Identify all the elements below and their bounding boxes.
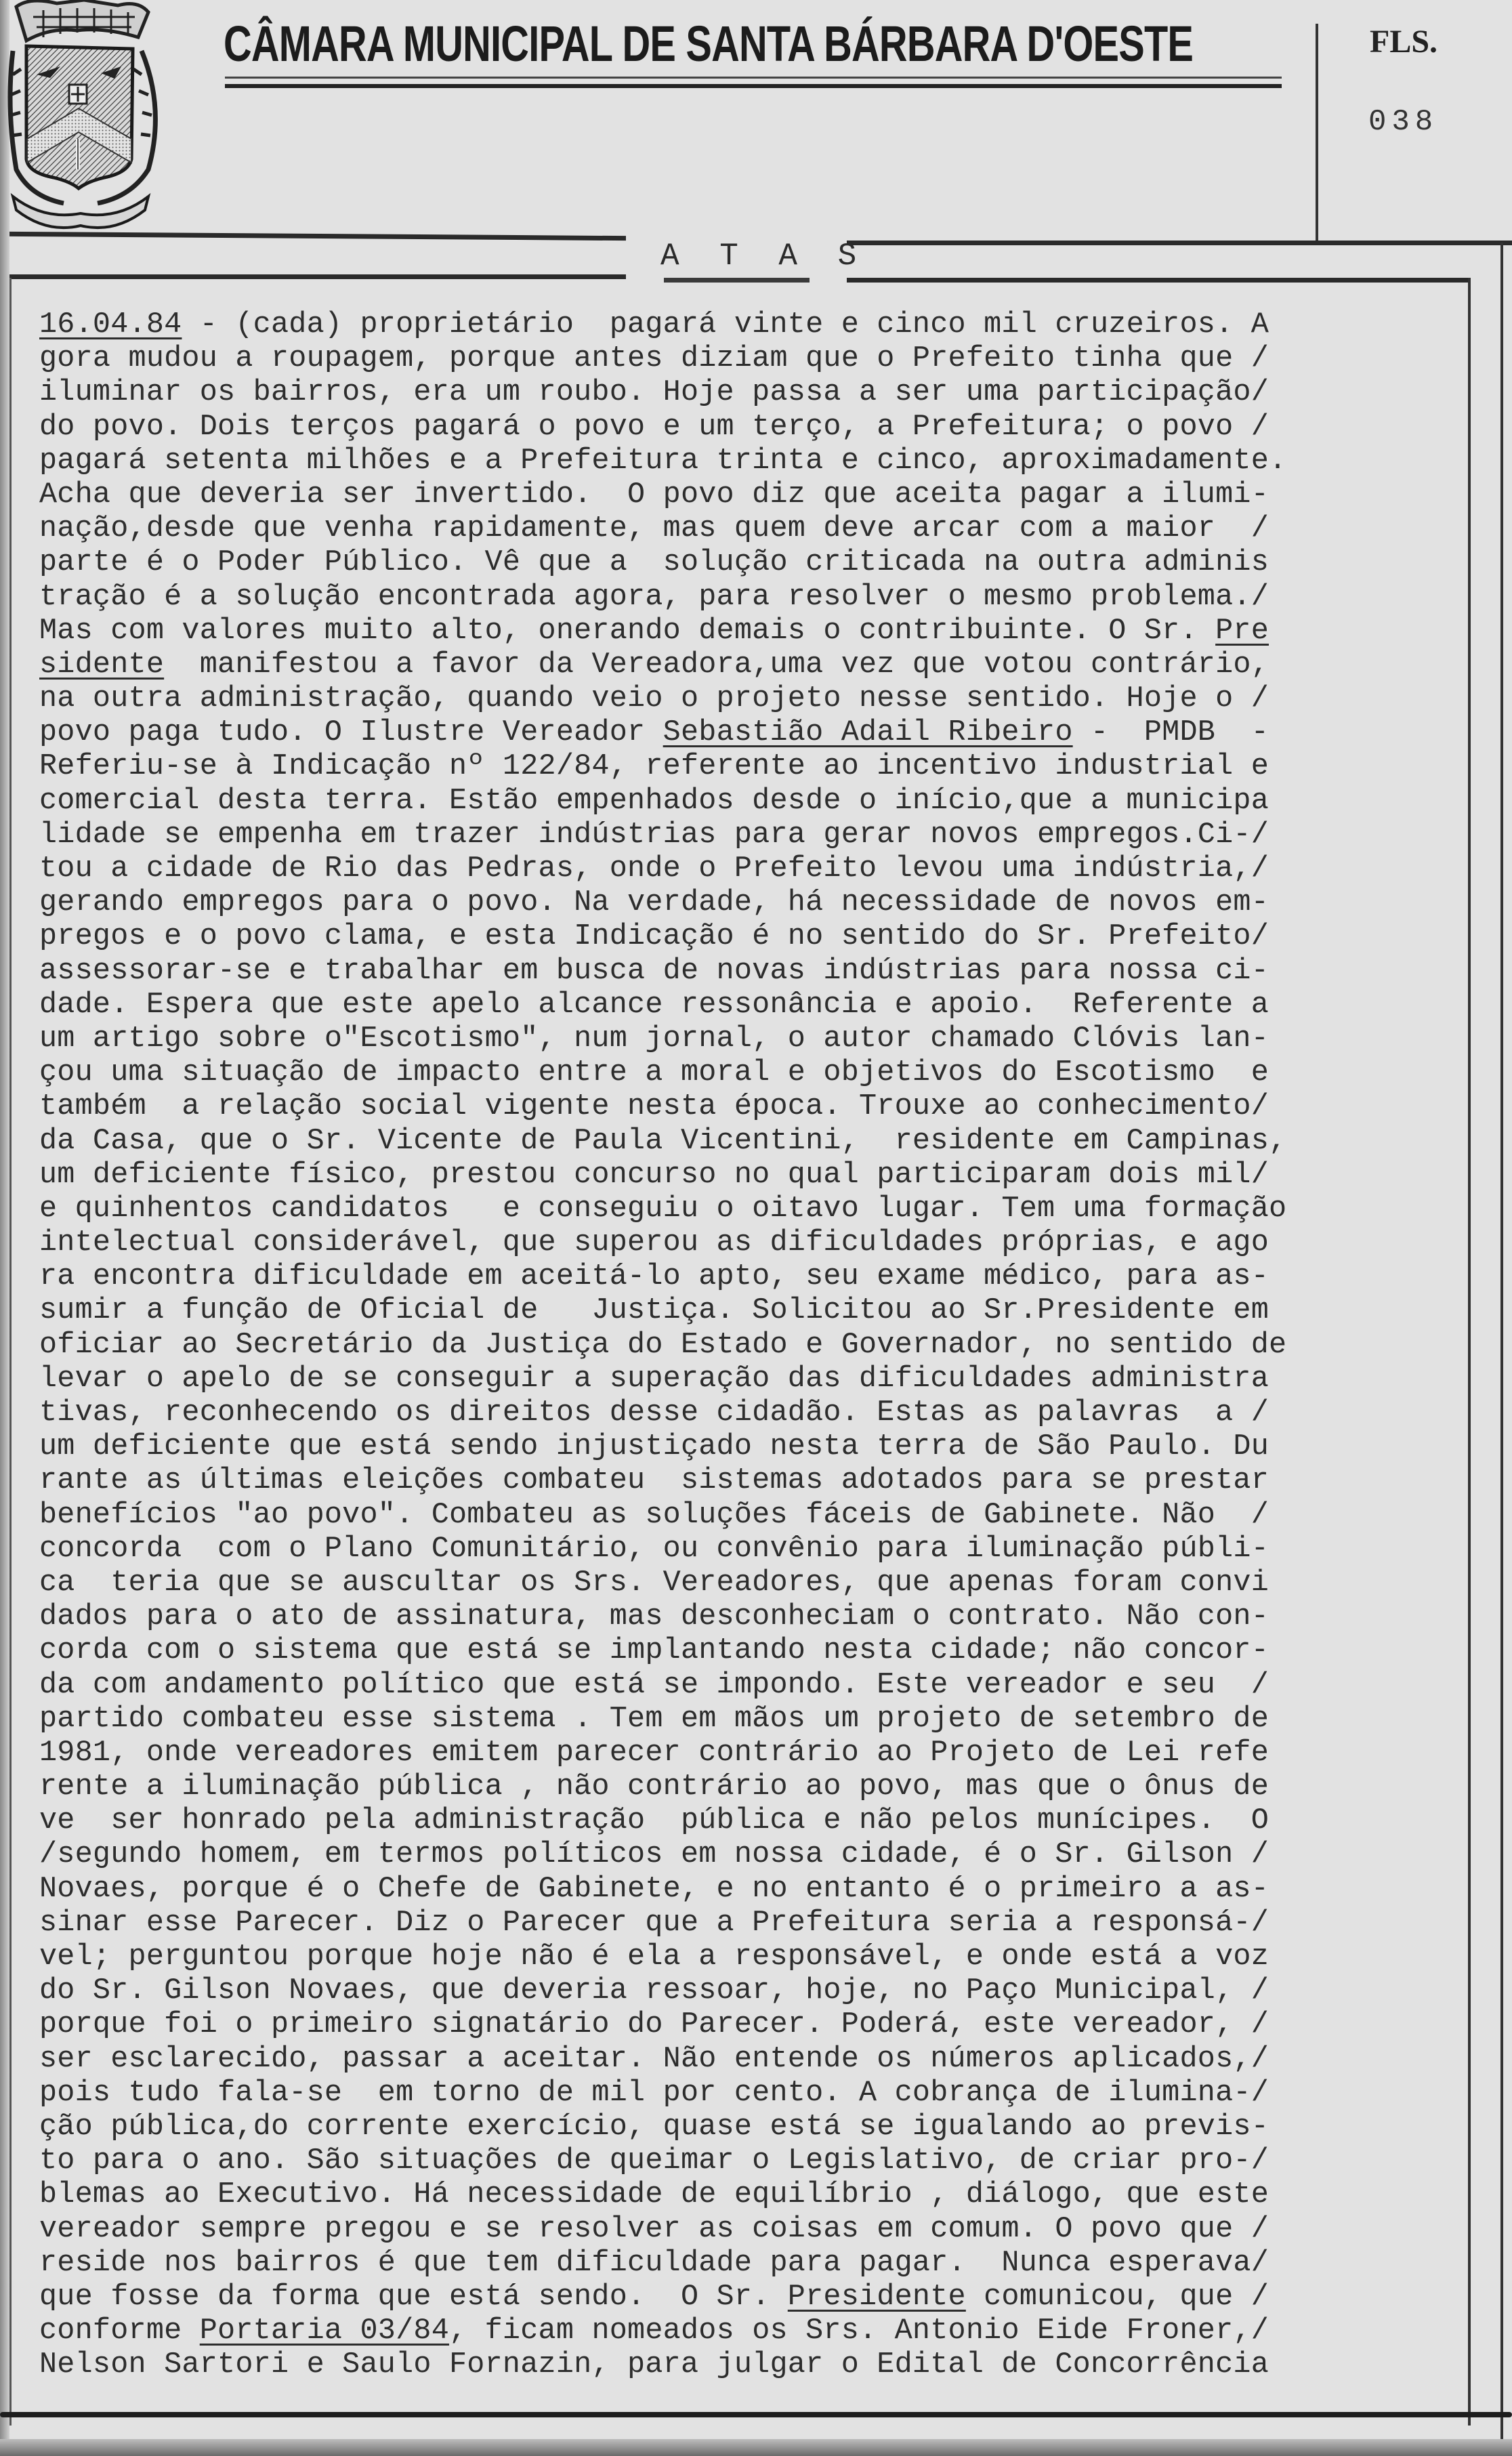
text-segment: sumir a função de Oficial de Justiça. So…	[39, 1294, 1269, 1327]
text-line: assessorar-se e trabalhar em busca de no…	[39, 955, 1462, 988]
underlined-text: 16.04.84	[39, 308, 182, 341]
text-segment: dade. Espera que este apelo alcance ress…	[39, 988, 1269, 1022]
text-segment: povo paga tudo. O Ilustre Vereador	[39, 716, 663, 749]
text-segment: sinar esse Parecer. Diz o Parecer que a …	[39, 1907, 1269, 1940]
text-segment: conforme	[39, 2314, 200, 2348]
text-line: também a relação social vigente nesta ép…	[39, 1090, 1462, 1124]
text-segment: vereador sempre pregou e se resolver as …	[39, 2213, 1269, 2246]
text-line: um deficiente que está sendo injustiçado…	[39, 1430, 1462, 1464]
text-segment: lidade se empenha em trazer indústrias p…	[39, 818, 1269, 852]
section-rule	[847, 278, 1470, 283]
text-segment: porque foi o primeiro signatário do Pare…	[39, 2008, 1269, 2041]
text-segment: iluminar os bairros, era um roubo. Hoje …	[39, 376, 1269, 409]
title-underline-thick	[225, 84, 1282, 88]
text-segment: um artigo sobre o"Escotismo", num jornal…	[39, 1022, 1269, 1056]
text-segment: to para o ano. São situações de queimar …	[39, 2144, 1269, 2178]
text-segment: concorda com o Plano Comunitário, ou con…	[39, 1533, 1269, 1566]
text-segment: ra encontra dificuldade em aceitá-lo apt…	[39, 1260, 1269, 1293]
text-segment: Mas com valores muito alto, onerando dem…	[39, 615, 1215, 648]
text-line: conforme Portaria 03/84, ficam nomeados …	[39, 2314, 1462, 2348]
organization-title: CÂMARA MUNICIPAL DE SANTA BÁRBARA D'OEST…	[224, 15, 1193, 72]
text-line: partido combateu esse sistema . Tem em m…	[39, 1703, 1462, 1736]
text-line: oficiar ao Secretário da Justiça do Esta…	[39, 1329, 1462, 1362]
section-rule	[847, 241, 1512, 245]
text-line: 16.04.84 - (cada) proprietário pagará vi…	[39, 308, 1462, 342]
text-segment: tração é a solução encontrada agora, par…	[39, 581, 1269, 614]
inner-frame-border	[1468, 278, 1471, 2426]
underlined-text: Presidente	[788, 2281, 966, 2314]
text-line: to para o ano. São situações de queimar …	[39, 2144, 1462, 2178]
text-line: intelectual considerável, que superou as…	[39, 1226, 1462, 1260]
minutes-body-text: 16.04.84 - (cada) proprietário pagará vi…	[39, 308, 1462, 2382]
text-line: pois tudo fala-se em torno de mil por ce…	[39, 2077, 1462, 2110]
text-line: tração é a solução encontrada agora, par…	[39, 581, 1462, 615]
text-line: comercial desta terra. Estão empenhados …	[39, 785, 1462, 818]
text-line: rente a iluminação pública , não contrár…	[39, 1770, 1462, 1804]
text-line: Nelson Sartori e Saulo Fornazin, para ju…	[39, 2348, 1462, 2382]
text-segment: parte é o Poder Público. Vê que a soluçã…	[39, 546, 1269, 579]
text-segment: oficiar ao Secretário da Justiça do Esta…	[39, 1329, 1286, 1362]
text-line: sinar esse Parecer. Diz o Parecer que a …	[39, 1907, 1462, 1940]
text-line: pagará setenta milhões e a Prefeitura tr…	[39, 444, 1462, 478]
text-segment: pois tudo fala-se em torno de mil por ce…	[39, 2077, 1269, 2110]
text-line: pregos e o povo clama, e esta Indicação …	[39, 920, 1462, 954]
text-segment: da Casa, que o Sr. Vicente de Paula Vice…	[39, 1125, 1286, 1158]
text-segment: - (cada) proprietário pagará vinte e cin…	[182, 308, 1269, 341]
text-segment: /segundo homem, em termos políticos em n…	[39, 1838, 1269, 1871]
text-line: sumir a função de Oficial de Justiça. So…	[39, 1294, 1462, 1328]
text-line: blemas ao Executivo. Há necessidade de e…	[39, 2178, 1462, 2212]
text-line: ca teria que se auscultar os Srs. Veread…	[39, 1566, 1462, 1600]
text-line: ser esclarecido, passar a aceitar. Não e…	[39, 2043, 1462, 2077]
text-segment: do povo. Dois terços pagará o povo e um …	[39, 411, 1269, 444]
text-line: rante as últimas eleições combateu siste…	[39, 1464, 1462, 1498]
text-line: nação,desde que venha rapidamente, mas q…	[39, 512, 1462, 546]
text-segment: , ficam nomeados os Srs. Antonio Eide Fr…	[449, 2314, 1269, 2348]
text-line: gerando empregos para o povo. Na verdade…	[39, 886, 1462, 920]
text-segment: também a relação social vigente nesta ép…	[39, 1090, 1269, 1123]
text-segment: Nelson Sartori e Saulo Fornazin, para ju…	[39, 2348, 1269, 2381]
text-segment: reside nos bairros é que tem dificuldade…	[39, 2247, 1269, 2280]
text-segment: Novaes, porque é o Chefe de Gabinete, e …	[39, 1873, 1269, 1906]
underlined-text: Pre	[1215, 615, 1269, 648]
text-segment: na outra administração, quando veio o pr…	[39, 682, 1269, 715]
text-segment: assessorar-se e trabalhar em busca de no…	[39, 955, 1269, 988]
text-segment: gora mudou a roupagem, porque antes dizi…	[39, 342, 1269, 375]
inner-frame-border	[9, 278, 12, 2426]
text-line: na outra administração, quando veio o pr…	[39, 682, 1462, 716]
text-segment: manifestou a favor da Vereadora,uma vez …	[164, 648, 1269, 682]
text-line: porque foi o primeiro signatário do Pare…	[39, 2008, 1462, 2042]
text-line: çou uma situação de impacto entre a mora…	[39, 1056, 1462, 1090]
outer-frame-border	[1500, 243, 1503, 2456]
text-segment: da com andamento político que está se im…	[39, 1669, 1269, 1702]
text-line: Mas com valores muito alto, onerando dem…	[39, 615, 1462, 648]
text-segment: levar o apelo de se conseguir a superaçã…	[39, 1362, 1269, 1396]
text-line: corda com o sistema que está se implanta…	[39, 1634, 1462, 1668]
title-underline-thin	[225, 77, 1282, 79]
text-line: benefícios "ao povo". Combateu as soluçõ…	[39, 1499, 1462, 1533]
text-segment: comunicou, que /	[966, 2281, 1269, 2314]
folio-label: FLS.	[1370, 23, 1437, 60]
text-segment: vel; perguntou porque hoje não é ela a r…	[39, 1940, 1269, 1974]
folio-divider	[1316, 24, 1318, 244]
text-line: ve ser honrado pela administração públic…	[39, 1804, 1462, 1838]
municipal-coat-of-arms-icon	[3, 0, 172, 234]
text-segment: dados para o ato de assinatura, mas desc…	[39, 1600, 1269, 1633]
page-bottom-rule	[0, 2412, 1512, 2417]
text-segment: nação,desde que venha rapidamente, mas q…	[39, 512, 1269, 545]
text-segment: e quinhentos candidatos e conseguiu o oi…	[39, 1192, 1286, 1226]
text-segment: rante as últimas eleições combateu siste…	[39, 1464, 1269, 1497]
text-line: levar o apelo de se conseguir a superaçã…	[39, 1362, 1462, 1396]
text-line: concorda com o Plano Comunitário, ou con…	[39, 1533, 1462, 1566]
section-title-underline	[664, 278, 810, 283]
text-segment: blemas ao Executivo. Há necessidade de e…	[39, 2178, 1269, 2211]
text-line: dados para o ato de assinatura, mas desc…	[39, 1600, 1462, 1634]
text-line: do povo. Dois terços pagará o povo e um …	[39, 411, 1462, 444]
text-segment: 1981, onde vereadores emitem parecer con…	[39, 1736, 1269, 1770]
text-line: Referiu-se à Indicação nº 122/84, refere…	[39, 750, 1462, 784]
text-segment: Referiu-se à Indicação nº 122/84, refere…	[39, 750, 1269, 783]
text-segment: tou a cidade de Rio das Pedras, onde o P…	[39, 852, 1269, 886]
text-line: um deficiente físico, prestou concurso n…	[39, 1159, 1462, 1192]
text-line: ra encontra dificuldade em aceitá-lo apt…	[39, 1260, 1462, 1294]
text-line: tivas, reconhecendo os direitos desse ci…	[39, 1396, 1462, 1430]
section-rule	[9, 274, 626, 279]
text-line: reside nos bairros é que tem dificuldade…	[39, 2247, 1462, 2281]
text-line: da com andamento político que está se im…	[39, 1669, 1462, 1703]
text-segment: gerando empregos para o povo. Na verdade…	[39, 886, 1269, 919]
text-segment: ve ser honrado pela administração públic…	[39, 1804, 1269, 1837]
text-line: sidente manifestou a favor da Vereadora,…	[39, 648, 1462, 682]
text-segment: Acha que deveria ser invertido. O povo d…	[39, 478, 1269, 512]
underlined-text: Portaria 03/84	[200, 2314, 449, 2348]
text-segment: pagará setenta milhões e a Prefeitura tr…	[39, 444, 1286, 478]
text-segment: rente a iluminação pública , não contrár…	[39, 1770, 1269, 1804]
page-bottom-edge	[0, 2439, 1512, 2456]
text-line: parte é o Poder Público. Vê que a soluçã…	[39, 546, 1462, 580]
text-segment: do Sr. Gilson Novaes, que deveria ressoa…	[39, 1974, 1269, 2007]
section-rule	[9, 232, 626, 241]
text-segment: ca teria que se auscultar os Srs. Veread…	[39, 1566, 1269, 1600]
text-segment: ser esclarecido, passar a aceitar. Não e…	[39, 2043, 1269, 2076]
text-line: lidade se empenha em trazer indústrias p…	[39, 818, 1462, 852]
text-segment: pregos e o povo clama, e esta Indicação …	[39, 920, 1269, 953]
text-line: 1981, onde vereadores emitem parecer con…	[39, 1736, 1462, 1770]
text-segment: - PMDB -	[1073, 716, 1269, 749]
text-line: do Sr. Gilson Novaes, que deveria ressoa…	[39, 1974, 1462, 2008]
text-segment: comercial desta terra. Estão empenhados …	[39, 785, 1269, 818]
text-line: um artigo sobre o"Escotismo", num jornal…	[39, 1022, 1462, 1056]
text-line: Acha que deveria ser invertido. O povo d…	[39, 478, 1462, 512]
text-line: da Casa, que o Sr. Vicente de Paula Vice…	[39, 1125, 1462, 1159]
text-segment: partido combateu esse sistema . Tem em m…	[39, 1703, 1269, 1736]
page-left-edge-shadow	[0, 0, 9, 2456]
underlined-text: Sebastião Adail Ribeiro	[663, 716, 1073, 749]
text-segment: benefícios "ao povo". Combateu as soluçõ…	[39, 1499, 1269, 1532]
text-segment: que fosse da forma que está sendo. O Sr.	[39, 2281, 788, 2314]
text-segment: çou uma situação de impacto entre a mora…	[39, 1056, 1269, 1089]
text-segment: um deficiente físico, prestou concurso n…	[39, 1159, 1269, 1192]
text-line: que fosse da forma que está sendo. O Sr.…	[39, 2281, 1462, 2314]
text-line: /segundo homem, em termos políticos em n…	[39, 1838, 1462, 1872]
text-line: e quinhentos candidatos e conseguiu o oi…	[39, 1192, 1462, 1226]
text-segment: intelectual considerável, que superou as…	[39, 1226, 1269, 1260]
text-line: gora mudou a roupagem, porque antes dizi…	[39, 342, 1462, 376]
section-title: A T A S	[660, 238, 867, 274]
text-line: iluminar os bairros, era um roubo. Hoje …	[39, 376, 1462, 410]
folio-page-number: 038	[1368, 105, 1438, 139]
text-segment: corda com o sistema que está se implanta…	[39, 1634, 1269, 1667]
text-line: Novaes, porque é o Chefe de Gabinete, e …	[39, 1873, 1462, 1907]
text-line: ção pública,do corrente exercício, quase…	[39, 2110, 1462, 2144]
text-segment: ção pública,do corrente exercício, quase…	[39, 2110, 1269, 2144]
text-segment: um deficiente que está sendo injustiçado…	[39, 1430, 1269, 1463]
text-line: vel; perguntou porque hoje não é ela a r…	[39, 1940, 1462, 1974]
text-line: dade. Espera que este apelo alcance ress…	[39, 988, 1462, 1022]
text-line: povo paga tudo. O Ilustre Vereador Sebas…	[39, 716, 1462, 750]
text-line: vereador sempre pregou e se resolver as …	[39, 2213, 1462, 2247]
text-segment: tivas, reconhecendo os direitos desse ci…	[39, 1396, 1269, 1430]
underlined-text: sidente	[39, 648, 164, 682]
text-line: tou a cidade de Rio das Pedras, onde o P…	[39, 852, 1462, 886]
